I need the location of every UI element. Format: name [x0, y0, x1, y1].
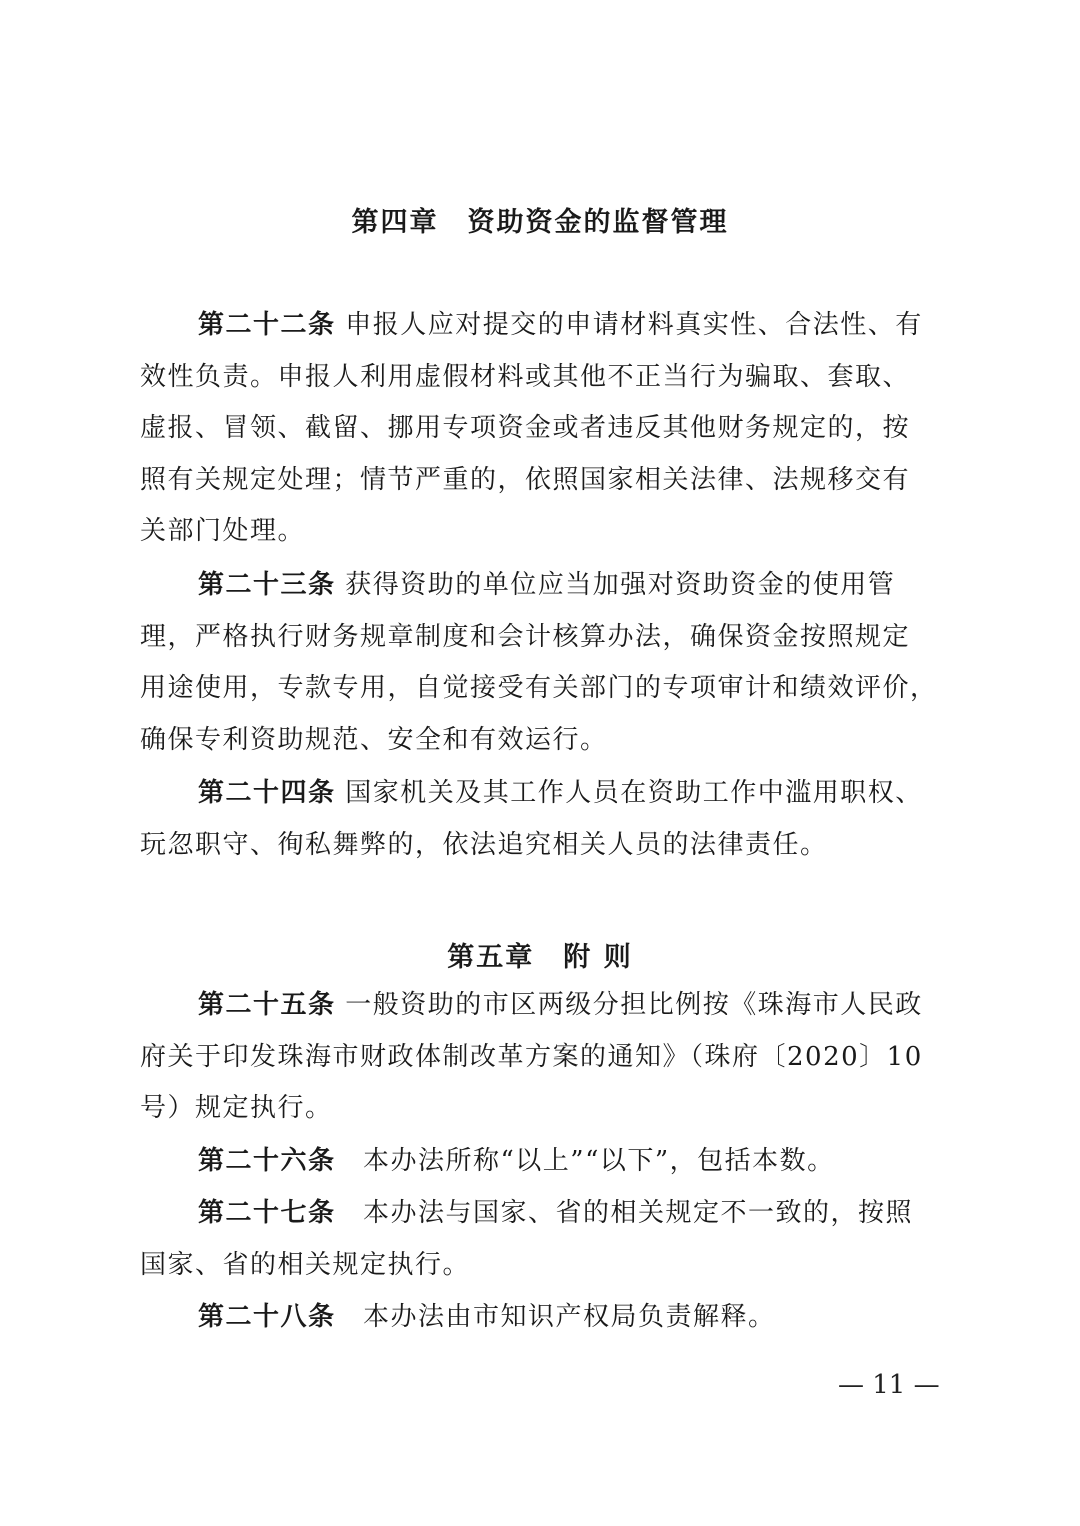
article-number: 第二十三条: [198, 570, 336, 600]
article-26: 第二十六条 本办法所称“以上”“以下”，包括本数。: [140, 1136, 945, 1188]
article-28: 第二十八条 本办法由市知识产权局负责解释。: [140, 1292, 945, 1344]
article-number: 第二十四条: [198, 778, 336, 808]
page-number: — 11 —: [838, 1370, 940, 1400]
document-page: 第四章 资助资金的监督管理 第二十二条 申报人应对提交的申请材料真实性、合法性、…: [0, 0, 1080, 1526]
chapter-title: 第四章 资助资金的监督管理: [0, 200, 1080, 239]
article-number: 第二十八条: [198, 1302, 336, 1332]
article-23: 第二十三条 获得资助的单位应当加强对资助资金的使用管 理，严格执行财务规章制度和…: [140, 560, 945, 766]
article-number: 第二十五条: [198, 990, 336, 1020]
article-24: 第二十四条 国家机关及其工作人员在资助工作中滥用职权、 玩忽职守、徇私舞弊的，依…: [140, 768, 945, 871]
article-25: 第二十五条 一般资助的市区两级分担比例按《珠海市人民政 府关于印发珠海市财政体制…: [140, 980, 945, 1135]
chapter-title: 第五章 附 则: [0, 935, 1080, 974]
article-number: 第二十二条: [198, 310, 336, 340]
article-number: 第二十六条: [198, 1146, 336, 1176]
article-27: 第二十七条 本办法与国家、省的相关规定不一致的，按照 国家、省的相关规定执行。: [140, 1188, 945, 1291]
article-22: 第二十二条 申报人应对提交的申请材料真实性、合法性、有 效性负责。申报人利用虚假…: [140, 300, 945, 558]
article-number: 第二十七条: [198, 1198, 336, 1228]
